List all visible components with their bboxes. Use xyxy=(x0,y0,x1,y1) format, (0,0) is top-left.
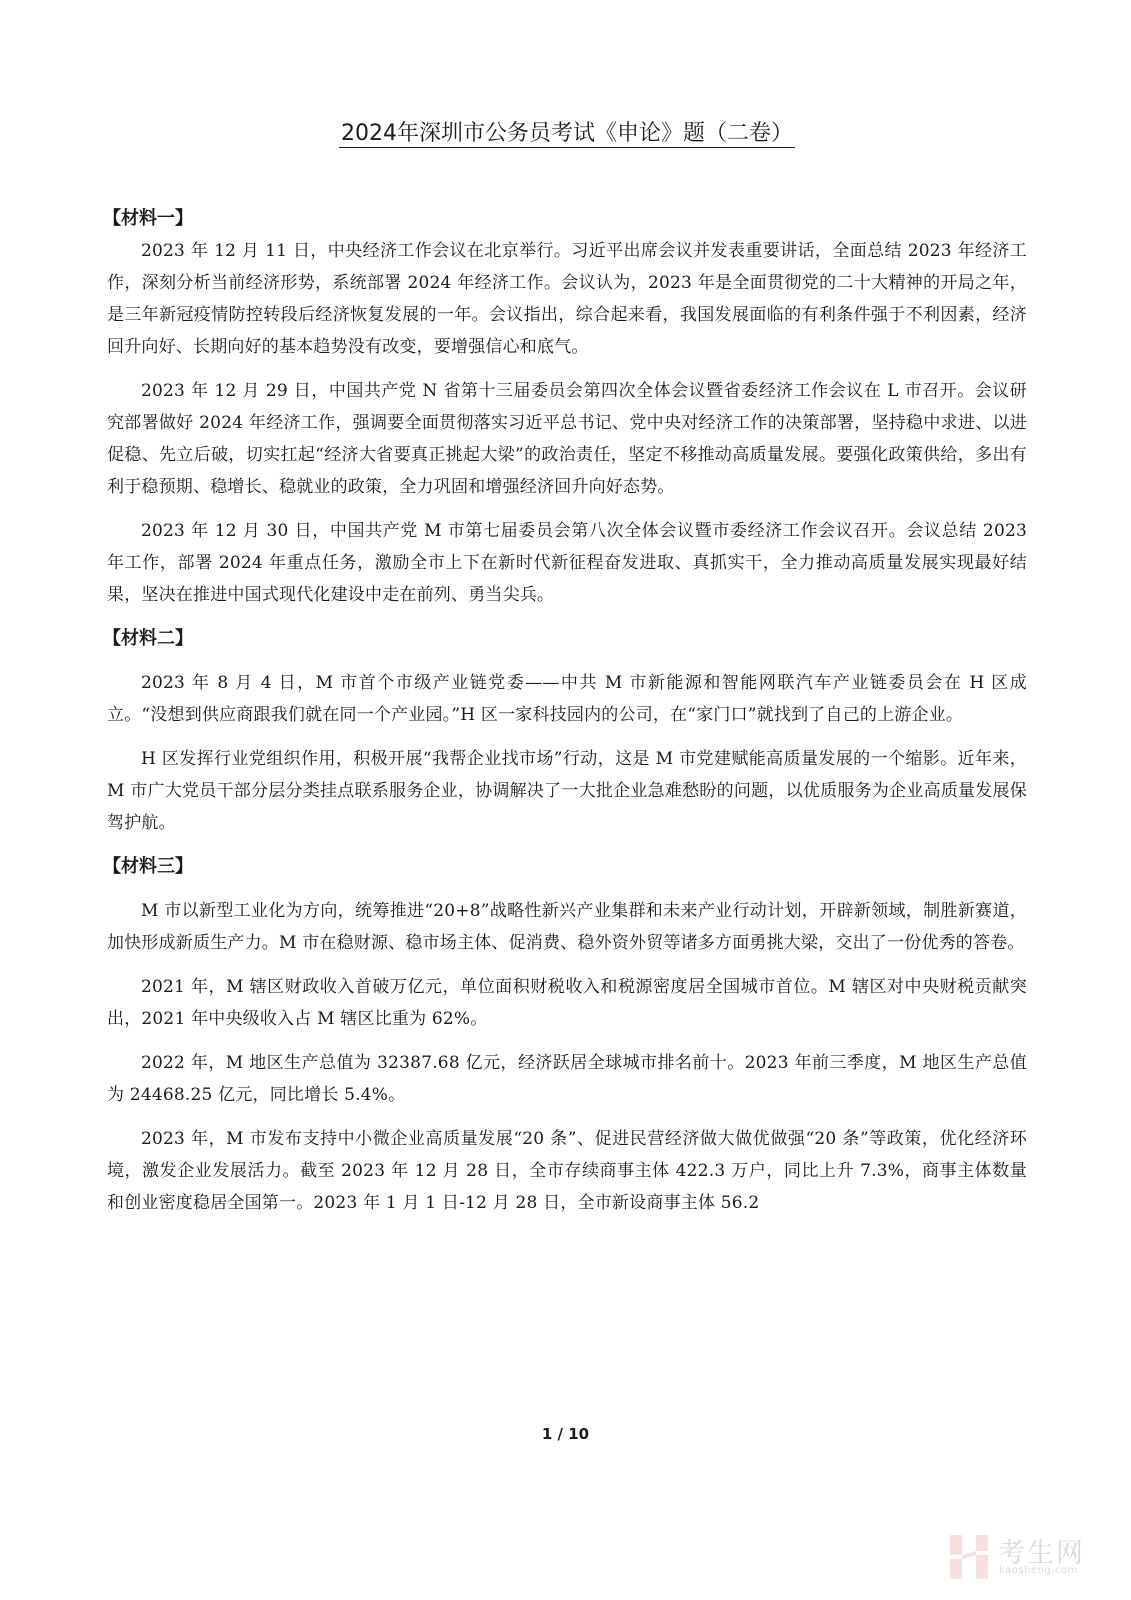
page-number: 1 / 10 xyxy=(0,1425,1131,1443)
paragraph: 2021 年，M 辖区财政收入首破万亿元，单位面积财税收入和税源密度居全国城市首… xyxy=(107,971,1027,1035)
section-heading-3: 【材料三】 xyxy=(103,851,1027,883)
watermark-brand-en: kaosheng.com xyxy=(999,1565,1078,1576)
paragraph: H 区发挥行业党组织作用，积极开展“我帮企业找市场”行动，这是 M 市党建赋能高… xyxy=(107,743,1027,839)
document-body: 【材料一】 2023 年 12 月 11 日，中央经济工作会议在北京举行。习近平… xyxy=(107,203,1027,1231)
paragraph: 2023 年 12 月 30 日，中国共产党 M 市第七届委员会第八次全体会议暨… xyxy=(107,515,1027,611)
section-heading-2: 【材料二】 xyxy=(103,623,1027,655)
section-heading-1: 【材料一】 xyxy=(103,203,1027,235)
paragraph: 2023 年 12 月 29 日，中国共产党 N 省第十三届委员会第四次全体会议… xyxy=(107,375,1027,503)
paragraph: 2023 年，M 市发布支持中小微企业高质量发展“20 条”、促进民营经济做大做… xyxy=(107,1123,1027,1219)
watermark: 考生网 kaosheng.com xyxy=(950,1533,1120,1585)
paragraph: 2022 年，M 地区生产总值为 32387.68 亿元，经济跃居全球城市排名前… xyxy=(107,1047,1027,1111)
document-title: 2024年深圳市公务员考试《申论》题（二卷） xyxy=(107,118,1027,150)
paragraph: 2023 年 12 月 11 日，中央经济工作会议在北京举行。习近平出席会议并发… xyxy=(107,235,1027,363)
kaosheng-logo-icon xyxy=(950,1535,988,1579)
paragraph: M 市以新型工业化为方向，统筹推进“20+8”战略性新兴产业集群和未来产业行动计… xyxy=(107,895,1027,959)
paragraph: 2023 年 8 月 4 日，M 市首个市级产业链党委——中共 M 市新能源和智… xyxy=(107,667,1027,731)
